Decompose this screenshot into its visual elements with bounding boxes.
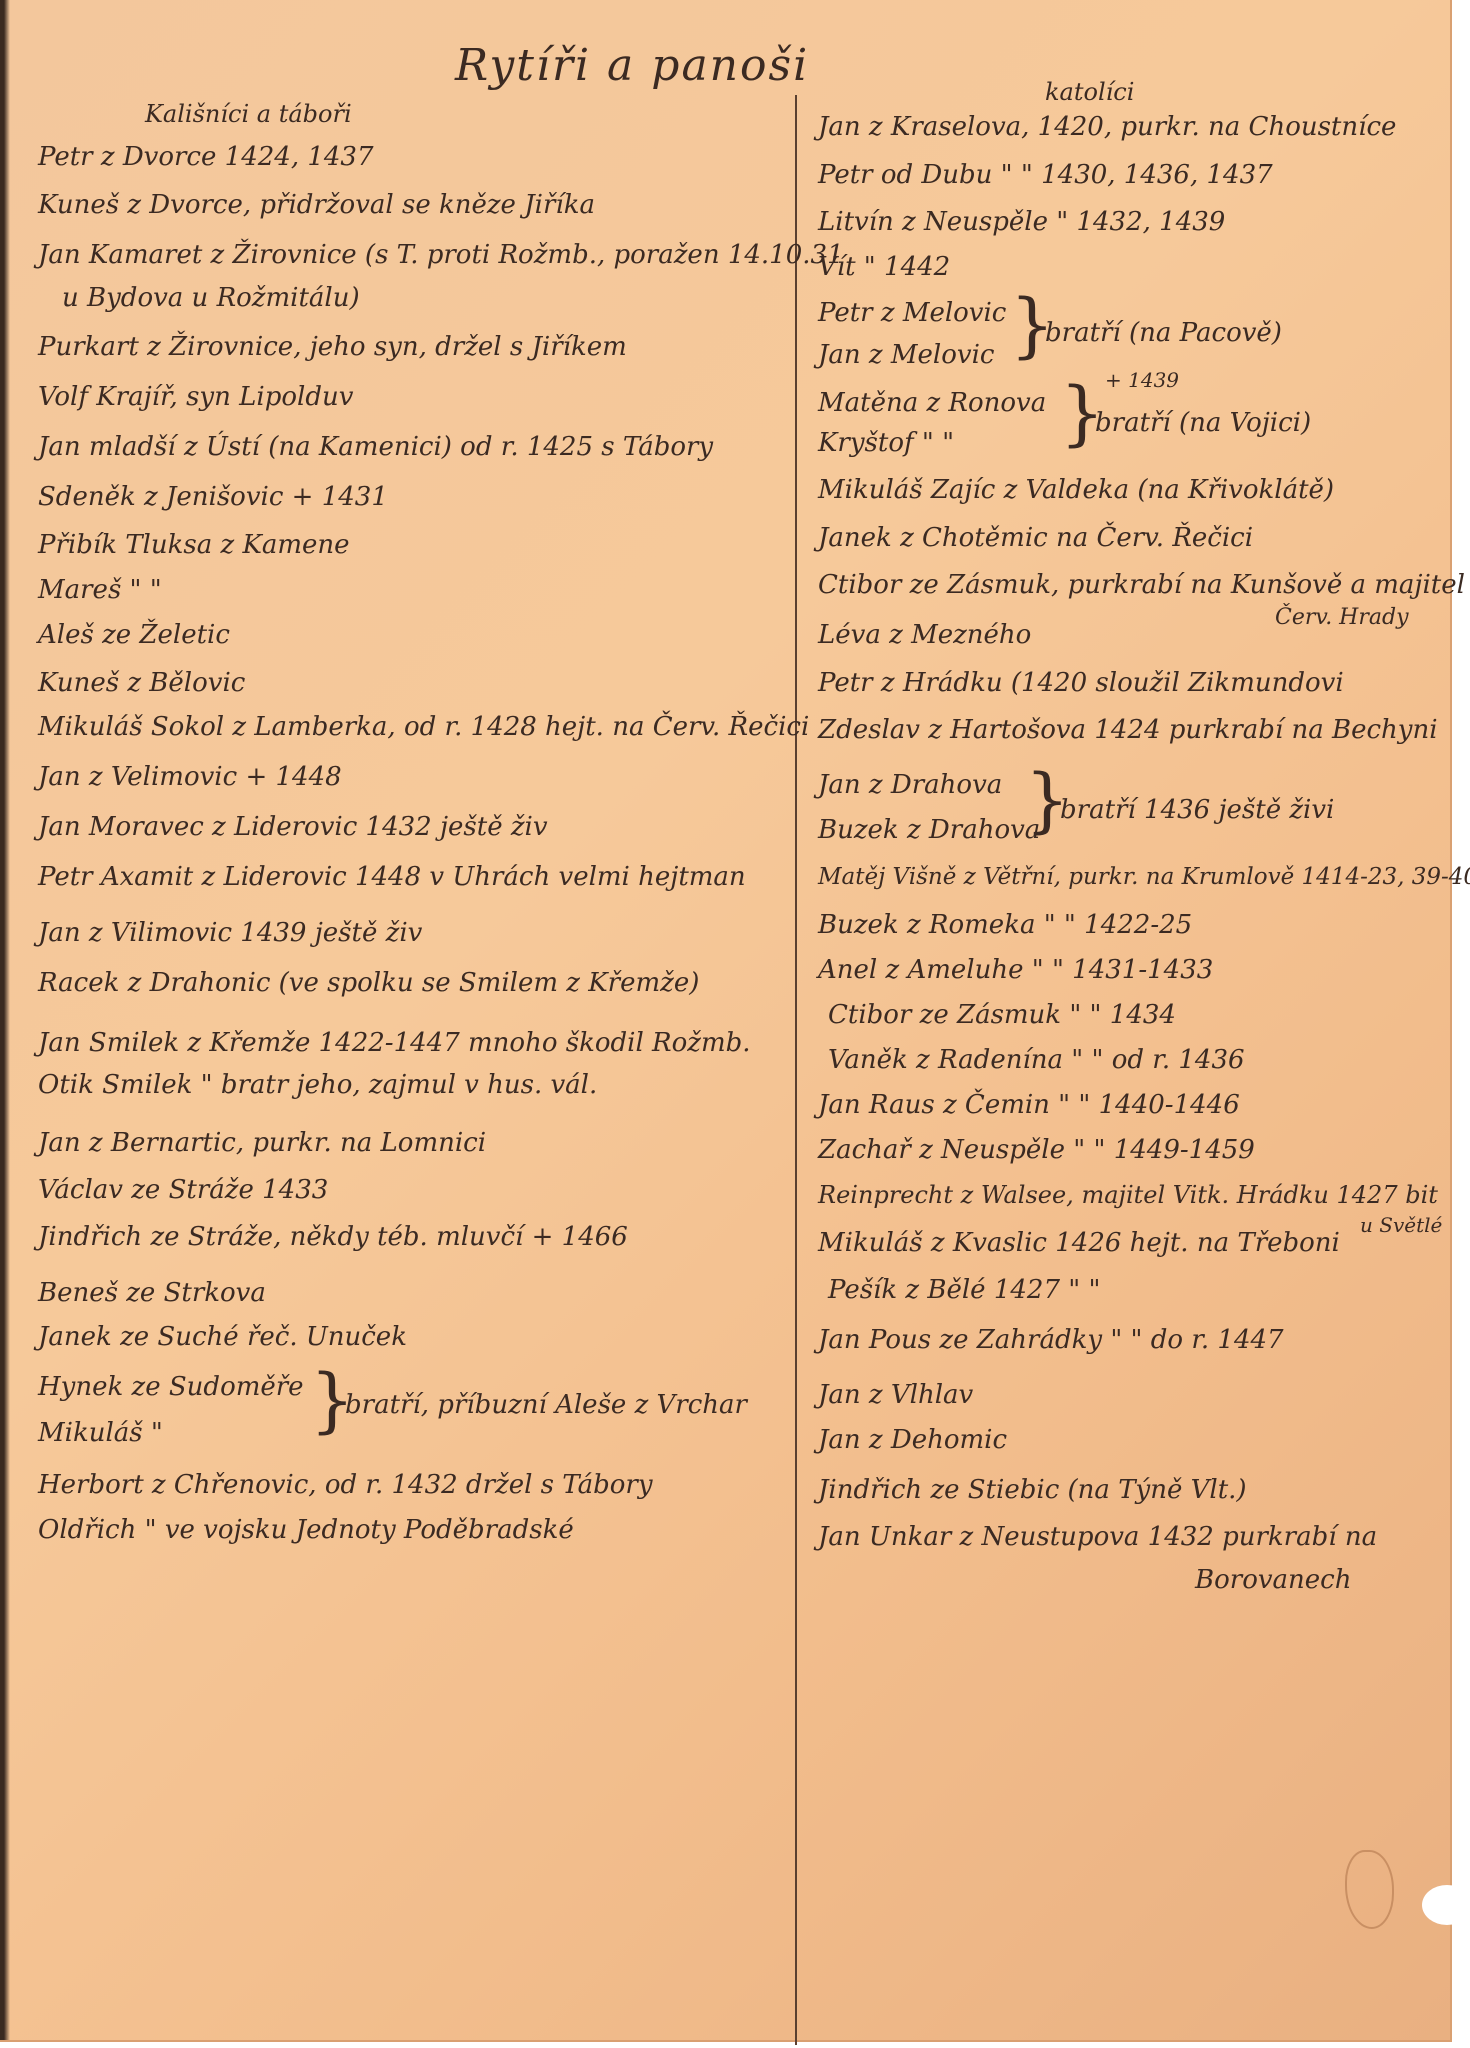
list-item: Jan Moravec z Liderovic 1432 ještě živ [38,812,548,842]
list-item: Purkart z Žirovnice, jeho syn, držel s J… [38,332,627,362]
list-item: Mikuláš Sokol z Lamberka, od r. 1428 hej… [38,712,809,742]
list-item: Jan z Melovic [818,340,994,370]
list-item: Vaněk z Radenína " " od r. 1436 [828,1045,1245,1075]
list-item: Přibík Tluksa z Kamene [38,530,350,560]
list-item: Jan z Vilimovic 1439 ještě živ [38,918,422,948]
manuscript-page: Rytíři a panoši Kališníci a táboři katol… [0,0,1452,2042]
list-item: u Bydova u Rožmitálu) [62,283,360,313]
list-item: Reinprecht z Walsee, majitel Vitk. Hrádk… [818,1180,1438,1210]
list-item-note: bratří (na Vojici) [1095,408,1311,438]
list-item: Matěj Višně z Větřní, purkr. na Krumlově… [818,862,1470,892]
list-item: Racek z Drahonic (ve spolku se Smilem z … [38,968,699,998]
list-item: Zachař z Neuspěle " " 1449-1459 [818,1135,1255,1165]
list-item: Hynek ze Sudoměře [38,1372,304,1402]
list-item: Ctibor ze Zásmuk, purkrabí na Kunšově a … [818,570,1465,600]
list-item: Ctibor ze Zásmuk " " 1434 [828,1000,1176,1030]
list-item: Matěna z Ronova [818,388,1046,418]
list-item: Sdeněk z Jenišovic + 1431 [38,482,388,512]
list-item: Anel z Ameluhe " " 1431-1433 [818,955,1213,985]
list-item: Václav ze Stráže 1433 [38,1175,328,1205]
list-item: Mikuláš Zajíc z Valdeka (na Křivoklátě) [818,475,1334,505]
list-item: Oldřich " ve vojsku Jednoty Poděbradské [38,1515,574,1545]
list-item: Jan Pous ze Zahrádky " " do r. 1447 [818,1325,1284,1355]
list-item: Jan z Bernartic, purkr. na Lomnici [38,1128,486,1158]
list-item: Otik Smilek " bratr jeho, zajmul v hus. … [38,1070,597,1100]
list-item: Herbort z Chřenovic, od r. 1432 držel s … [38,1470,653,1500]
list-item: Jan Kamaret z Žirovnice (s T. proti Rožm… [38,240,844,270]
torn-edge [1422,1885,1470,1925]
list-item-note: bratří, příbuzní Aleše z Vrchar [345,1390,747,1420]
list-item: Litvín z Neuspěle " 1432, 1439 [818,207,1225,237]
right-column-heading: katolíci [1045,78,1134,106]
page-title: Rytíři a panoši [455,40,809,91]
list-item: Jan Smilek z Křemže 1422-1447 mnoho škod… [38,1028,751,1058]
list-item: Janek ze Suché řeč. Unuček [38,1322,407,1352]
list-item: Jindřich ze Stráže, někdy téb. mluvčí + … [38,1222,628,1252]
column-divider [795,95,797,2045]
list-item-note: bratří (na Pacově) [1045,318,1282,348]
list-item: Mikuláš z Kvaslic 1426 hejt. na Třeboni [818,1228,1340,1258]
list-item: Jan Unkar z Neustupova 1432 purkrabí na [818,1522,1377,1552]
list-item: Jindřich ze Stiebic (na Týně Vlt.) [818,1475,1247,1505]
list-item: Pešík z Bělé 1427 " " [828,1275,1100,1305]
list-item: Beneš ze Strkova [38,1278,266,1308]
list-item: Jan mladší z Ústí (na Kamenici) od r. 14… [38,432,713,462]
list-item: Jan z Velimovic + 1448 [38,762,342,792]
list-item-note: bratří 1436 ještě živi [1060,795,1334,825]
list-item: Kuneš z Bělovic [38,668,245,698]
list-item: Petr z Melovic [818,298,1006,328]
list-item-note: + 1439 [1105,365,1179,395]
list-item: Petr z Hrádku (1420 sloužil Zikmundovi [818,668,1344,698]
list-item: Jan z Drahova [818,770,1002,800]
list-item: Vít " 1442 [818,252,950,282]
list-item: Janek z Chotěmic na Červ. Řečici [818,523,1253,553]
list-item: Mikuláš " [38,1418,163,1448]
list-item: Jan Raus z Čemin " " 1440-1446 [818,1090,1240,1120]
list-item: Petr od Dubu " " 1430, 1436, 1437 [818,160,1273,190]
list-item: Buzek z Drahova [818,815,1040,845]
list-item: Volf Krajíř, syn Lipolduv [38,382,353,412]
list-item: Kuneš z Dvorce, přidržoval se kněze Jiří… [38,190,595,220]
list-item-note: Borovanech [1195,1565,1351,1595]
list-item: Léva z Mezného [818,620,1031,650]
list-item: Kryštof " " [818,428,954,458]
list-item: Jan z Kraselova, 1420, purkr. na Choustn… [818,112,1396,142]
list-item: Mareš " " [38,575,162,605]
list-item: Aleš ze Želetic [38,620,230,650]
list-item: Zdeslav z Hartošova 1424 purkrabí na Bec… [818,715,1438,745]
water-stain [1345,1850,1394,1929]
list-item-note: u Světlé [1360,1210,1442,1240]
list-item: Buzek z Romeka " " 1422-25 [818,910,1192,940]
left-column-heading: Kališníci a táboři [145,100,352,128]
list-item-note: Červ. Hrady [1275,603,1409,633]
list-item: Jan z Vlhlav [818,1380,973,1410]
list-item: Petr Axamit z Liderovic 1448 v Uhrách ve… [38,862,746,892]
list-item: Jan z Dehomic [818,1425,1007,1455]
list-item: Petr z Dvorce 1424, 1437 [38,142,374,172]
